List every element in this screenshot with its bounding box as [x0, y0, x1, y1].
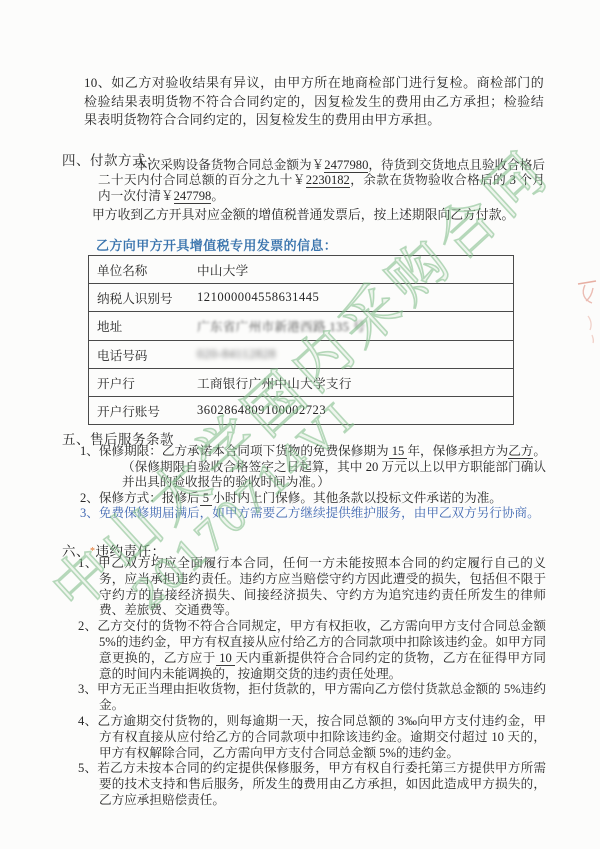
table-cell-value: 3602864809100002723: [185, 403, 326, 418]
underlined-value: 乙方: [508, 444, 533, 459]
table-row-bank-account: 开户行账号 3602864809100002723: [89, 396, 513, 424]
clause-10-paragraph: 10、如乙方对验收结果有异议，由甲方所在地商检部门进行复检。商检部门的检验结果表…: [84, 74, 544, 130]
text-segment: 。: [211, 189, 224, 203]
table-cell-value: 中山大学: [185, 260, 249, 279]
table-cell-label: 开户行: [89, 373, 185, 392]
underlined-value: 247798: [174, 189, 212, 204]
table-row-taxpayer-id: 纳税人识别号 121000004558631445: [89, 283, 513, 311]
breach-item-3: 3、甲方无正当理由拒收货物，拒付货款的，甲方需向乙方偿付货款总金额的 5%违约金…: [78, 682, 546, 714]
underlined-value: 15: [389, 444, 408, 459]
warranty-period-note: （保修期限自验收合格签字之日起算，其中 20 万元以上以甲方职能部门确认并出具的…: [101, 460, 546, 491]
red-pen-mark: [552, 278, 600, 353]
section-5-items: 1、保修期限：乙方承诺本合同项下货物的免费保修期为 15 年，保修承担方为乙方。…: [80, 444, 546, 522]
invoice-info-caption: 乙方向甲方开具增值税专用发票的信息：: [96, 235, 337, 254]
text-segment: 年，保修承担方为: [407, 444, 508, 458]
table-cell-value: 工商银行广州中山大学支行: [185, 373, 352, 392]
underlined-value: 2477980: [324, 158, 368, 173]
underlined-value: 2230182: [306, 173, 350, 188]
underlined-value: 10: [216, 651, 236, 666]
section-6-items: 1、甲乙双方均应全面履行本合同，任何一方未能按照本合同的约定履行自己的义务，应当…: [78, 556, 546, 809]
page-number: 2: [0, 777, 600, 792]
text-segment: 小时内上门保修。其他条款以投标文件承诺的为准。: [212, 491, 502, 505]
payment-invoice-paragraph: 甲方收到乙方开具对应金额的增值税普通发票后，按上述期限向乙方付款。: [92, 204, 552, 223]
table-row-bank: 开户行 工商银行广州中山大学支行: [89, 368, 513, 396]
contract-page-scan: 10、如乙方对验收结果有异议，由甲方所在地商检部门进行复检。商检部门的检验结果表…: [0, 0, 600, 849]
warranty-period-item: 1、保修期限：乙方承诺本合同项下货物的免费保修期为 15 年，保修承担方为乙方。: [80, 444, 546, 460]
warranty-method-item: 2、保修方式：报修后 5 小时内上门保修。其他条款以投标文件承诺的为准。: [80, 491, 546, 507]
table-cell-label: 单位名称: [89, 260, 185, 279]
text-segment: 本次采购设备货物合同总金额为￥: [135, 158, 324, 172]
table-row-phone: 电话号码 020-84112828: [89, 340, 513, 368]
text-segment: 。: [533, 444, 546, 458]
table-cell-label: 纳税人识别号: [89, 288, 185, 307]
table-row-unit-name: 单位名称 中山大学: [89, 256, 513, 283]
table-cell-value-redacted: 020-84112828: [185, 347, 276, 362]
breach-item-2: 2、乙方交付的货物不符合合同规定，甲方有权拒收，乙方需向甲方支付合同总金额 5%…: [78, 619, 546, 682]
text-segment: 2、保修方式：报修后: [80, 491, 200, 505]
breach-item-1: 1、甲乙双方均应全面履行本合同，任何一方未能按照本合同的约定履行自己的义务，应当…: [78, 556, 546, 619]
table-cell-label: 电话号码: [89, 345, 185, 364]
text-segment: 1、保修期限：乙方承诺本合同项下货物的免费保修期为: [80, 444, 389, 458]
table-cell-value: 121000004558631445: [185, 290, 319, 305]
breach-item-4: 4、乙方逾期交付货物的，则每逾期一天，按合同总额的 3‰向甲方支付违约金，甲方有…: [78, 714, 546, 761]
table-cell-label: 开户行账号: [89, 401, 185, 420]
table-cell-value-redacted: 广东省广州市新港西路 135 号: [185, 316, 366, 335]
underlined-value: 5: [200, 491, 213, 506]
payment-amounts-paragraph: 本次采购设备货物合同总金额为￥2477980，待货到交货地点且验收合格后二十天内…: [98, 158, 545, 204]
invoice-info-table: 单位名称 中山大学 纳税人识别号 121000004558631445 地址 广…: [88, 255, 514, 425]
warranty-extension-item: 3、免费保修期届满后，如甲方需要乙方继续提供维护服务，由甲乙双方另行协商。: [80, 506, 546, 522]
table-cell-label: 地址: [89, 316, 185, 335]
table-row-address: 地址 广东省广州市新港西路 135 号: [89, 311, 513, 339]
